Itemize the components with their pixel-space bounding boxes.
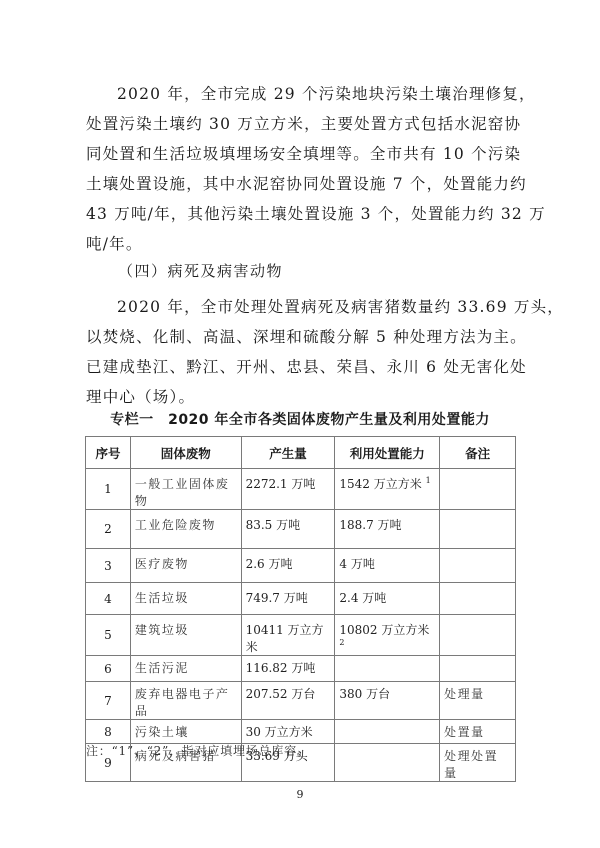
cell-no: 6 [86,656,131,682]
cell-note [440,549,516,583]
cell-capacity [335,744,440,782]
text-line: 43 万吨/年，其他污染土壤处置设施 3 个，处置能力约 32 万 [86,199,518,229]
cell-note [440,510,516,549]
cell-output: 30 万立方米 [241,720,335,744]
paragraph-dead-animals: 2020 年，全市处理处置病死及病害猪数量约 33.69 万头， 以焚烧、化制、… [86,292,518,412]
table-row: 5 建筑垃圾 10411 万立方米 10802 万立方米 2 [86,615,516,656]
footnote-marker: 2 [339,638,344,647]
cell-output: 2.6 万吨 [241,549,335,583]
cell-capacity: 10802 万立方米 2 [335,615,440,656]
cell-note: 处置量 [440,720,516,744]
table-footnote: 注：“1”、“2”，指对应填埋场总库容。 [86,742,310,759]
page-number: 9 [0,788,600,801]
text-line: 同处置和生活垃圾填埋场安全填埋等。全市共有 10 个污染 [86,139,518,169]
cell-capacity [335,656,440,682]
capacity-value: 1542 万立方米 [339,477,421,491]
cell-note [440,615,516,656]
footnote-marker: 1 [426,476,431,485]
text-line: 2020 年，全市处理处置病死及病害猪数量约 33.69 万头， [86,292,518,322]
table-row: 6 生活污泥 116.82 万吨 [86,656,516,682]
cell-capacity: 1542 万立方米 1 [335,469,440,510]
cell-output: 83.5 万吨 [241,510,335,549]
cell-type: 一般工业固体废物 [130,469,241,510]
cell-output: 2272.1 万吨 [241,469,335,510]
table-row: 4 生活垃圾 749.7 万吨 2.4 万吨 [86,583,516,615]
cell-capacity: 188.7 万吨 [335,510,440,549]
header-no: 序号 [86,437,131,469]
table-row: 8 污染土壤 30 万立方米 处置量 [86,720,516,744]
header-output: 产生量 [241,437,335,469]
cell-type: 建筑垃圾 [130,615,241,656]
text-line: 土壤处置设施，其中水泥窑协同处置设施 7 个，处置能力约 [86,169,518,199]
cell-capacity: 2.4 万吨 [335,583,440,615]
text-line: 吨/年。 [86,229,518,259]
cell-type: 污染土壤 [130,720,241,744]
cell-output: 10411 万立方米 [241,615,335,656]
paragraph-soil-remediation: 2020 年，全市完成 29 个污染地块污染土壤治理修复， 处置污染土壤约 30… [86,79,518,259]
table-row: 3 医疗废物 2.6 万吨 4 万吨 [86,549,516,583]
cell-note [440,583,516,615]
cell-output: 207.52 万台 [241,682,335,720]
cell-note: 处理处置量 [440,744,516,782]
text-line: 以焚烧、化制、高温、深埋和硫酸分解 5 种处理方法为主。 [86,322,518,352]
text-line: 已建成垫江、黔江、开州、忠县、荣昌、永川 6 处无害化处 [86,352,518,382]
table-caption: 专栏一 2020 年全市各类固体废物产生量及利用处置能力 [0,409,600,429]
cell-no: 8 [86,720,131,744]
cell-type: 生活垃圾 [130,583,241,615]
capacity-value: 10802 万立方米 [339,623,429,637]
header-waste-type: 固体废物 [130,437,241,469]
cell-no: 5 [86,615,131,656]
solid-waste-table: 序号 固体废物 产生量 利用处置能力 备注 1 一般工业固体废物 2272.1 … [85,436,516,782]
cell-no: 7 [86,682,131,720]
table-row: 1 一般工业固体废物 2272.1 万吨 1542 万立方米 1 [86,469,516,510]
text-line: 处置污染土壤约 30 万立方米，主要处置方式包括水泥窑协 [86,109,518,139]
text-line: 2020 年，全市完成 29 个污染地块污染土壤治理修复， [86,79,518,109]
header-note: 备注 [440,437,516,469]
cell-no: 2 [86,510,131,549]
cell-no: 1 [86,469,131,510]
cell-type: 生活污泥 [130,656,241,682]
section-heading: （四）病死及病害动物 [118,260,283,281]
cell-output: 116.82 万吨 [241,656,335,682]
cell-type: 医疗废物 [130,549,241,583]
cell-note [440,656,516,682]
table-header-row: 序号 固体废物 产生量 利用处置能力 备注 [86,437,516,469]
cell-no: 3 [86,549,131,583]
cell-no: 4 [86,583,131,615]
header-capacity: 利用处置能力 [335,437,440,469]
table-row: 7 废弃电器电子产品 207.52 万台 380 万台 处理量 [86,682,516,720]
cell-capacity [335,720,440,744]
text-line: 理中心（场）。 [86,382,518,412]
cell-capacity: 4 万吨 [335,549,440,583]
table-row: 2 工业危险废物 83.5 万吨 188.7 万吨 [86,510,516,549]
cell-output: 749.7 万吨 [241,583,335,615]
cell-note [440,469,516,510]
cell-capacity: 380 万台 [335,682,440,720]
cell-type: 工业危险废物 [130,510,241,549]
cell-type: 废弃电器电子产品 [130,682,241,720]
cell-note: 处理量 [440,682,516,720]
